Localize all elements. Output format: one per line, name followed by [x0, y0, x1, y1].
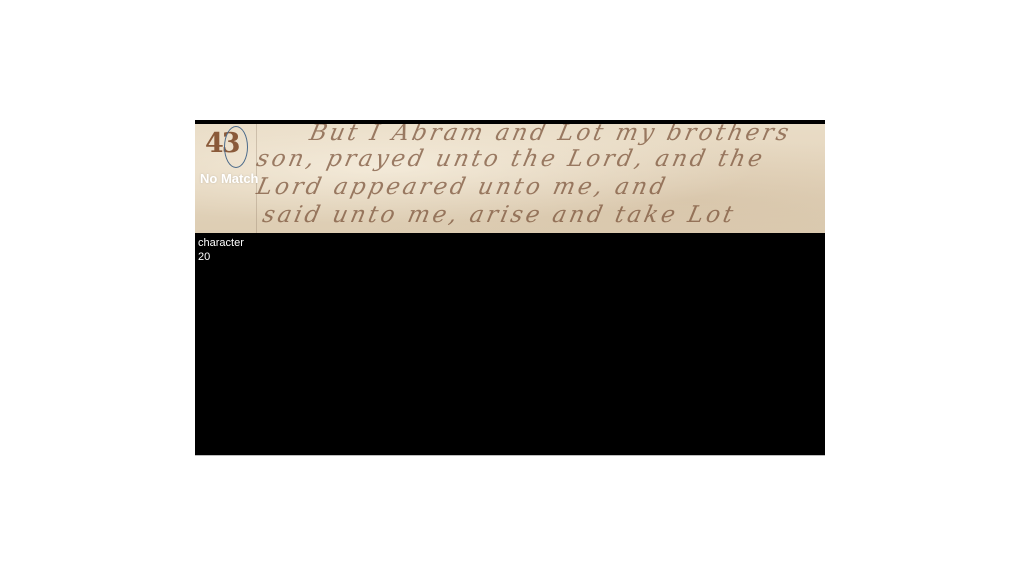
character-highlight-circle [224, 126, 248, 168]
manuscript-image: 43 But I Abram and Lot my brothers son, … [195, 124, 825, 233]
handwriting-line: Lord appeared unto me, and [254, 174, 670, 200]
handwriting-line: son, prayed unto the Lord, and the [254, 146, 767, 172]
handwriting-line: But I Abram and Lot my brothers [307, 124, 794, 146]
info-label: character [198, 236, 244, 250]
viewer-frame: 43 But I Abram and Lot my brothers son, … [195, 120, 825, 455]
slide: 43 But I Abram and Lot my brothers son, … [0, 0, 1024, 576]
info-value: 20 [198, 250, 244, 264]
handwriting-line: said unto me, arise and take Lot [260, 202, 738, 228]
match-status-label: No Match [200, 171, 259, 186]
info-panel: character 20 [198, 236, 244, 264]
